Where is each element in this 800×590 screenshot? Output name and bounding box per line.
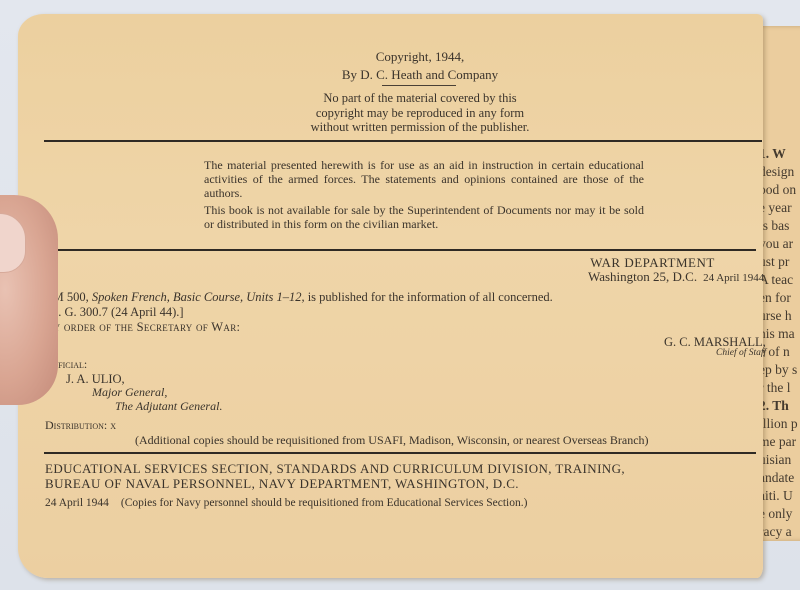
divider xyxy=(44,452,756,454)
by-order-line: By order of the Secretary of War: xyxy=(45,320,240,335)
right-page-fragment: andate xyxy=(759,470,794,486)
notice-line: without written permission of the publis… xyxy=(280,120,560,135)
right-page-fragment: illion p xyxy=(759,416,798,432)
navy-date-line: 24 April 1944(Copies for Navy personnel … xyxy=(45,497,527,509)
copyright-year: Copyright, 1944, xyxy=(270,48,570,66)
notice-line: No part of the material covered by this xyxy=(280,91,560,106)
publication-title: Spoken French, Basic Course, Units 1–12, xyxy=(92,290,305,304)
right-page-fragment: 2. Th xyxy=(759,398,789,414)
right-page-fragment: design xyxy=(759,164,794,180)
signatory-title: Chief of Staff xyxy=(716,348,766,358)
right-page-fragment: ust pr xyxy=(759,254,789,270)
issue-date: 24 April 1944 xyxy=(703,272,764,284)
copyright-heading: Copyright, 1944, By D. C. Heath and Comp… xyxy=(270,48,570,84)
divider xyxy=(382,85,456,86)
right-page-fragment: r the l xyxy=(759,380,791,396)
publication-purpose: is published for the information of all … xyxy=(308,290,553,304)
statement-paragraph-2: This book is not available for sale by t… xyxy=(204,203,644,231)
right-page-fragment: aiti. U xyxy=(759,488,793,504)
publication-statement: EM 500, Spoken French, Basic Course, Uni… xyxy=(45,290,553,305)
official-rank: Major General, xyxy=(92,385,167,400)
navy-date: 24 April 1944 xyxy=(45,497,109,509)
right-page-fragment: ood on xyxy=(759,182,796,198)
right-page-fragment: uisian xyxy=(759,452,791,468)
war-department-title: WAR DEPARTMENT xyxy=(560,256,745,270)
thumbnail-nail xyxy=(0,213,26,273)
right-page-fragment: me par xyxy=(759,434,796,450)
statement-paragraph-1: The material presented herewith is for u… xyxy=(204,158,644,200)
notice-line: copyright may be reproduced in any form xyxy=(280,106,560,121)
divider xyxy=(44,140,762,142)
right-page-fragment: en for xyxy=(759,290,791,306)
right-page-fragment: e year xyxy=(759,200,792,216)
right-page-fragment: racy a xyxy=(759,524,792,540)
distribution-label: Distribution: xyxy=(45,418,107,432)
war-department-location: Washington 25, D.C.24 April 1944 xyxy=(588,269,768,285)
distribution-line: Distribution: x xyxy=(45,418,116,433)
distribution-value: x xyxy=(110,418,116,432)
official-title: The Adjutant General. xyxy=(115,399,222,414)
right-page-fragment: 1. W xyxy=(759,146,786,162)
right-page-fragment: urse h xyxy=(759,308,792,324)
navy-section-line-1: EDUCATIONAL SERVICES SECTION, STANDARDS … xyxy=(45,461,625,477)
right-page-fragment: e only xyxy=(759,506,792,522)
right-page-fragment: is bas xyxy=(759,218,789,234)
copyright-notice: No part of the material covered by this … xyxy=(280,91,560,135)
navy-note: (Copies for Navy personnel should be req… xyxy=(121,497,528,509)
additional-copies-note: (Additional copies should be requisition… xyxy=(135,433,649,448)
right-page-fragment: you ar xyxy=(759,236,793,252)
divider xyxy=(44,249,756,251)
right-page-fragment: ep by s xyxy=(759,362,797,378)
ag-reference: [A. G. 300.7 (24 April 44).] xyxy=(45,305,184,320)
location: Washington 25, D.C. xyxy=(588,269,697,284)
navy-section-line-2: BUREAU OF NAVAL PERSONNEL, NAVY DEPARTME… xyxy=(45,476,519,492)
copyright-holder: By D. C. Heath and Company xyxy=(270,66,570,84)
holding-thumb xyxy=(0,195,58,405)
